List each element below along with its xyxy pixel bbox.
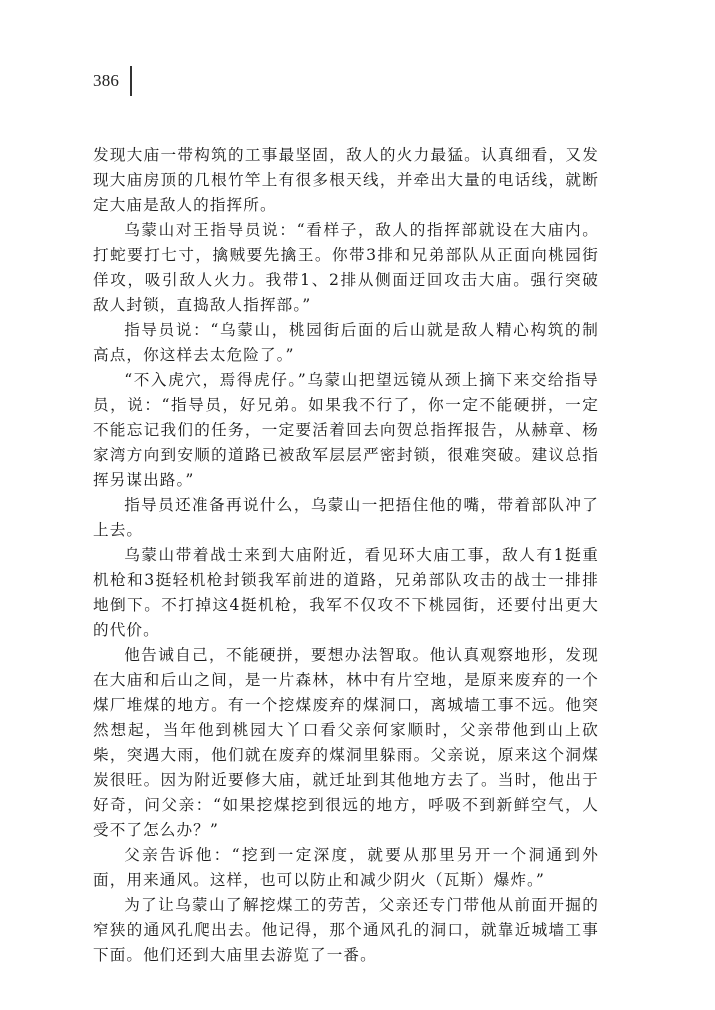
- paragraph: 指导员还准备再说什么，乌蒙山一把捂住他的嘴，带着部队冲了上去。: [93, 493, 599, 543]
- body-text: 发现大庙一带构筑的工事最坚固，敌人的火力最猛。认真细看，又发现大庙房顶的几根竹竿…: [93, 143, 599, 968]
- paragraph: 发现大庙一带构筑的工事最坚固，敌人的火力最猛。认真细看，又发现大庙房顶的几根竹竿…: [93, 143, 599, 218]
- header-vertical-rule: [130, 66, 132, 96]
- page-number: 386: [93, 71, 119, 91]
- paragraph: 他告诫自己，不能硬拼，要想办法智取。他认真观察地形，发现在大庙和后山之间，是一片…: [93, 643, 599, 843]
- paragraph: 为了让乌蒙山了解挖煤工的劳苦，父亲还专门带他从前面开掘的窄狭的通风孔爬出去。他记…: [93, 893, 599, 968]
- page-header: 386: [93, 66, 132, 96]
- paragraph: “不入虎穴，焉得虎仔。”乌蒙山把望远镜从颈上摘下来交给指导员，说：“指导员，好兄…: [93, 368, 599, 493]
- paragraph: 乌蒙山对王指导员说：“看样子，敌人的指挥部就设在大庙内。打蛇要打七寸，擒贼要先擒…: [93, 218, 599, 318]
- paragraph: 父亲告诉他：“挖到一定深度，就要从那里另开一个洞通到外面，用来通风。这样，也可以…: [93, 843, 599, 893]
- paragraph: 乌蒙山带着战士来到大庙附近，看见环大庙工事，敌人有1挺重机枪和3挺轻机枪封锁我军…: [93, 543, 599, 643]
- paragraph: 指导员说：“乌蒙山，桃园街后面的后山就是敌人精心构筑的制高点，你这样去太危险了。…: [93, 318, 599, 368]
